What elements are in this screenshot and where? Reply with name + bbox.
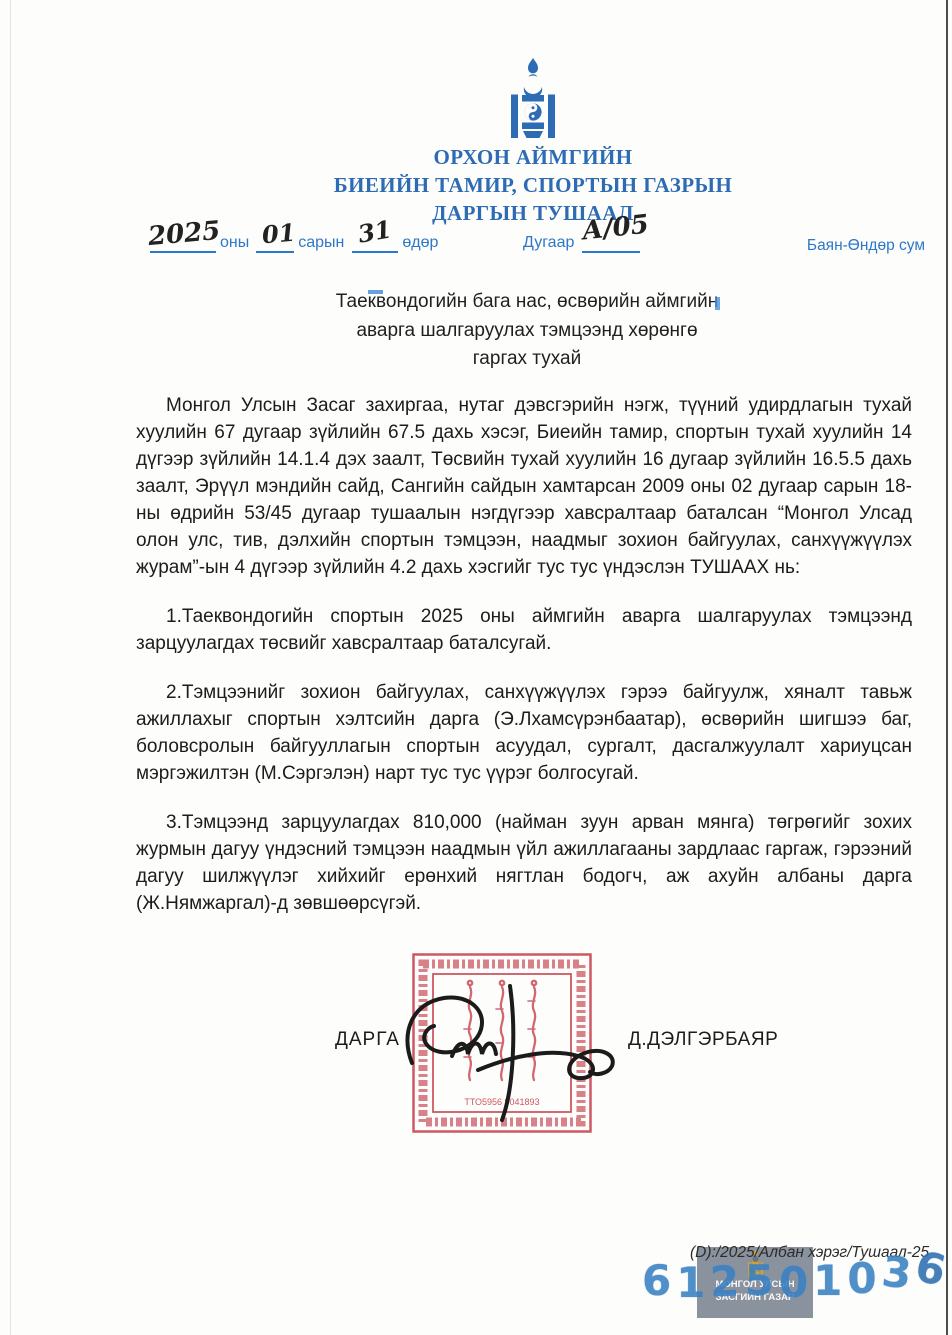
year-label: оны <box>220 234 249 253</box>
order-item-3: 3.Тэмцээнд зарцуулагдах 810,000 (найман … <box>136 809 912 917</box>
number-underline: А/05 <box>582 229 640 253</box>
handwritten-month: 01 <box>261 218 297 250</box>
document-subject: Таеквондогийн бага нас, өсвөрийн аймгийн… <box>270 288 784 374</box>
order-item-2: 2.Тэмцээнийг зохион байгуулах, санхүүжүү… <box>136 679 912 787</box>
day-underline: 31 <box>352 229 398 253</box>
month-underline: 01 <box>256 229 294 253</box>
number-label: Дугаар <box>523 234 574 253</box>
org-title-line-2: БИЕИЙН ТАМИР, СПОРТЫН ГАЗРЫН <box>283 171 783 199</box>
date-row: 2025 оны 01 сарын 31 өдөр <box>150 229 440 253</box>
handwritten-year: 2025 <box>147 216 222 252</box>
document-number-group: Дугаар А/05 <box>519 229 640 253</box>
month-label: сарын <box>298 234 344 253</box>
handwritten-day: 31 <box>356 214 394 248</box>
scan-edge-artifact-left <box>10 0 11 1335</box>
signature-scrawl <box>382 978 632 1128</box>
annotation-mark <box>368 290 383 294</box>
document-body: Монгол Улсын Засаг захиргаа, нутаг дэвсг… <box>136 392 912 939</box>
signer-name: Д.ДЭЛГЭРБАЯР <box>628 1029 778 1051</box>
soyombo-icon <box>511 58 555 138</box>
subject-line-1: Таеквондогийн бага нас, өсвөрийн аймгийн <box>270 288 784 317</box>
handwritten-number: А/05 <box>581 210 651 247</box>
scan-edge-artifact-right <box>946 0 948 1335</box>
subject-line-3: гаргах тухай <box>270 345 784 374</box>
registration-stamp-number: 612501036 <box>642 1256 950 1305</box>
year-underline: 2025 <box>150 229 216 253</box>
location-label: Баян-Өндөр сум <box>807 237 925 255</box>
order-item-1: 1.Таеквондогийн спортын 2025 оны аймгийн… <box>136 603 912 657</box>
org-title: ОРХОН АЙМГИЙН БИЕИЙН ТАМИР, СПОРТЫН ГАЗР… <box>283 143 783 227</box>
annotation-mark <box>715 297 720 310</box>
day-label: өдөр <box>402 234 438 253</box>
subject-line-2: аварга шалгаруулах тэмцээнд хөрөнгө <box>270 317 784 346</box>
document-page: ОРХОН АЙМГИЙН БИЕИЙН ТАМИР, СПОРТЫН ГАЗР… <box>0 0 952 1335</box>
org-title-line-1: ОРХОН АЙМГИЙН <box>283 143 783 171</box>
preamble-paragraph: Монгол Улсын Засаг захиргаа, нутаг дэвсг… <box>136 392 912 581</box>
